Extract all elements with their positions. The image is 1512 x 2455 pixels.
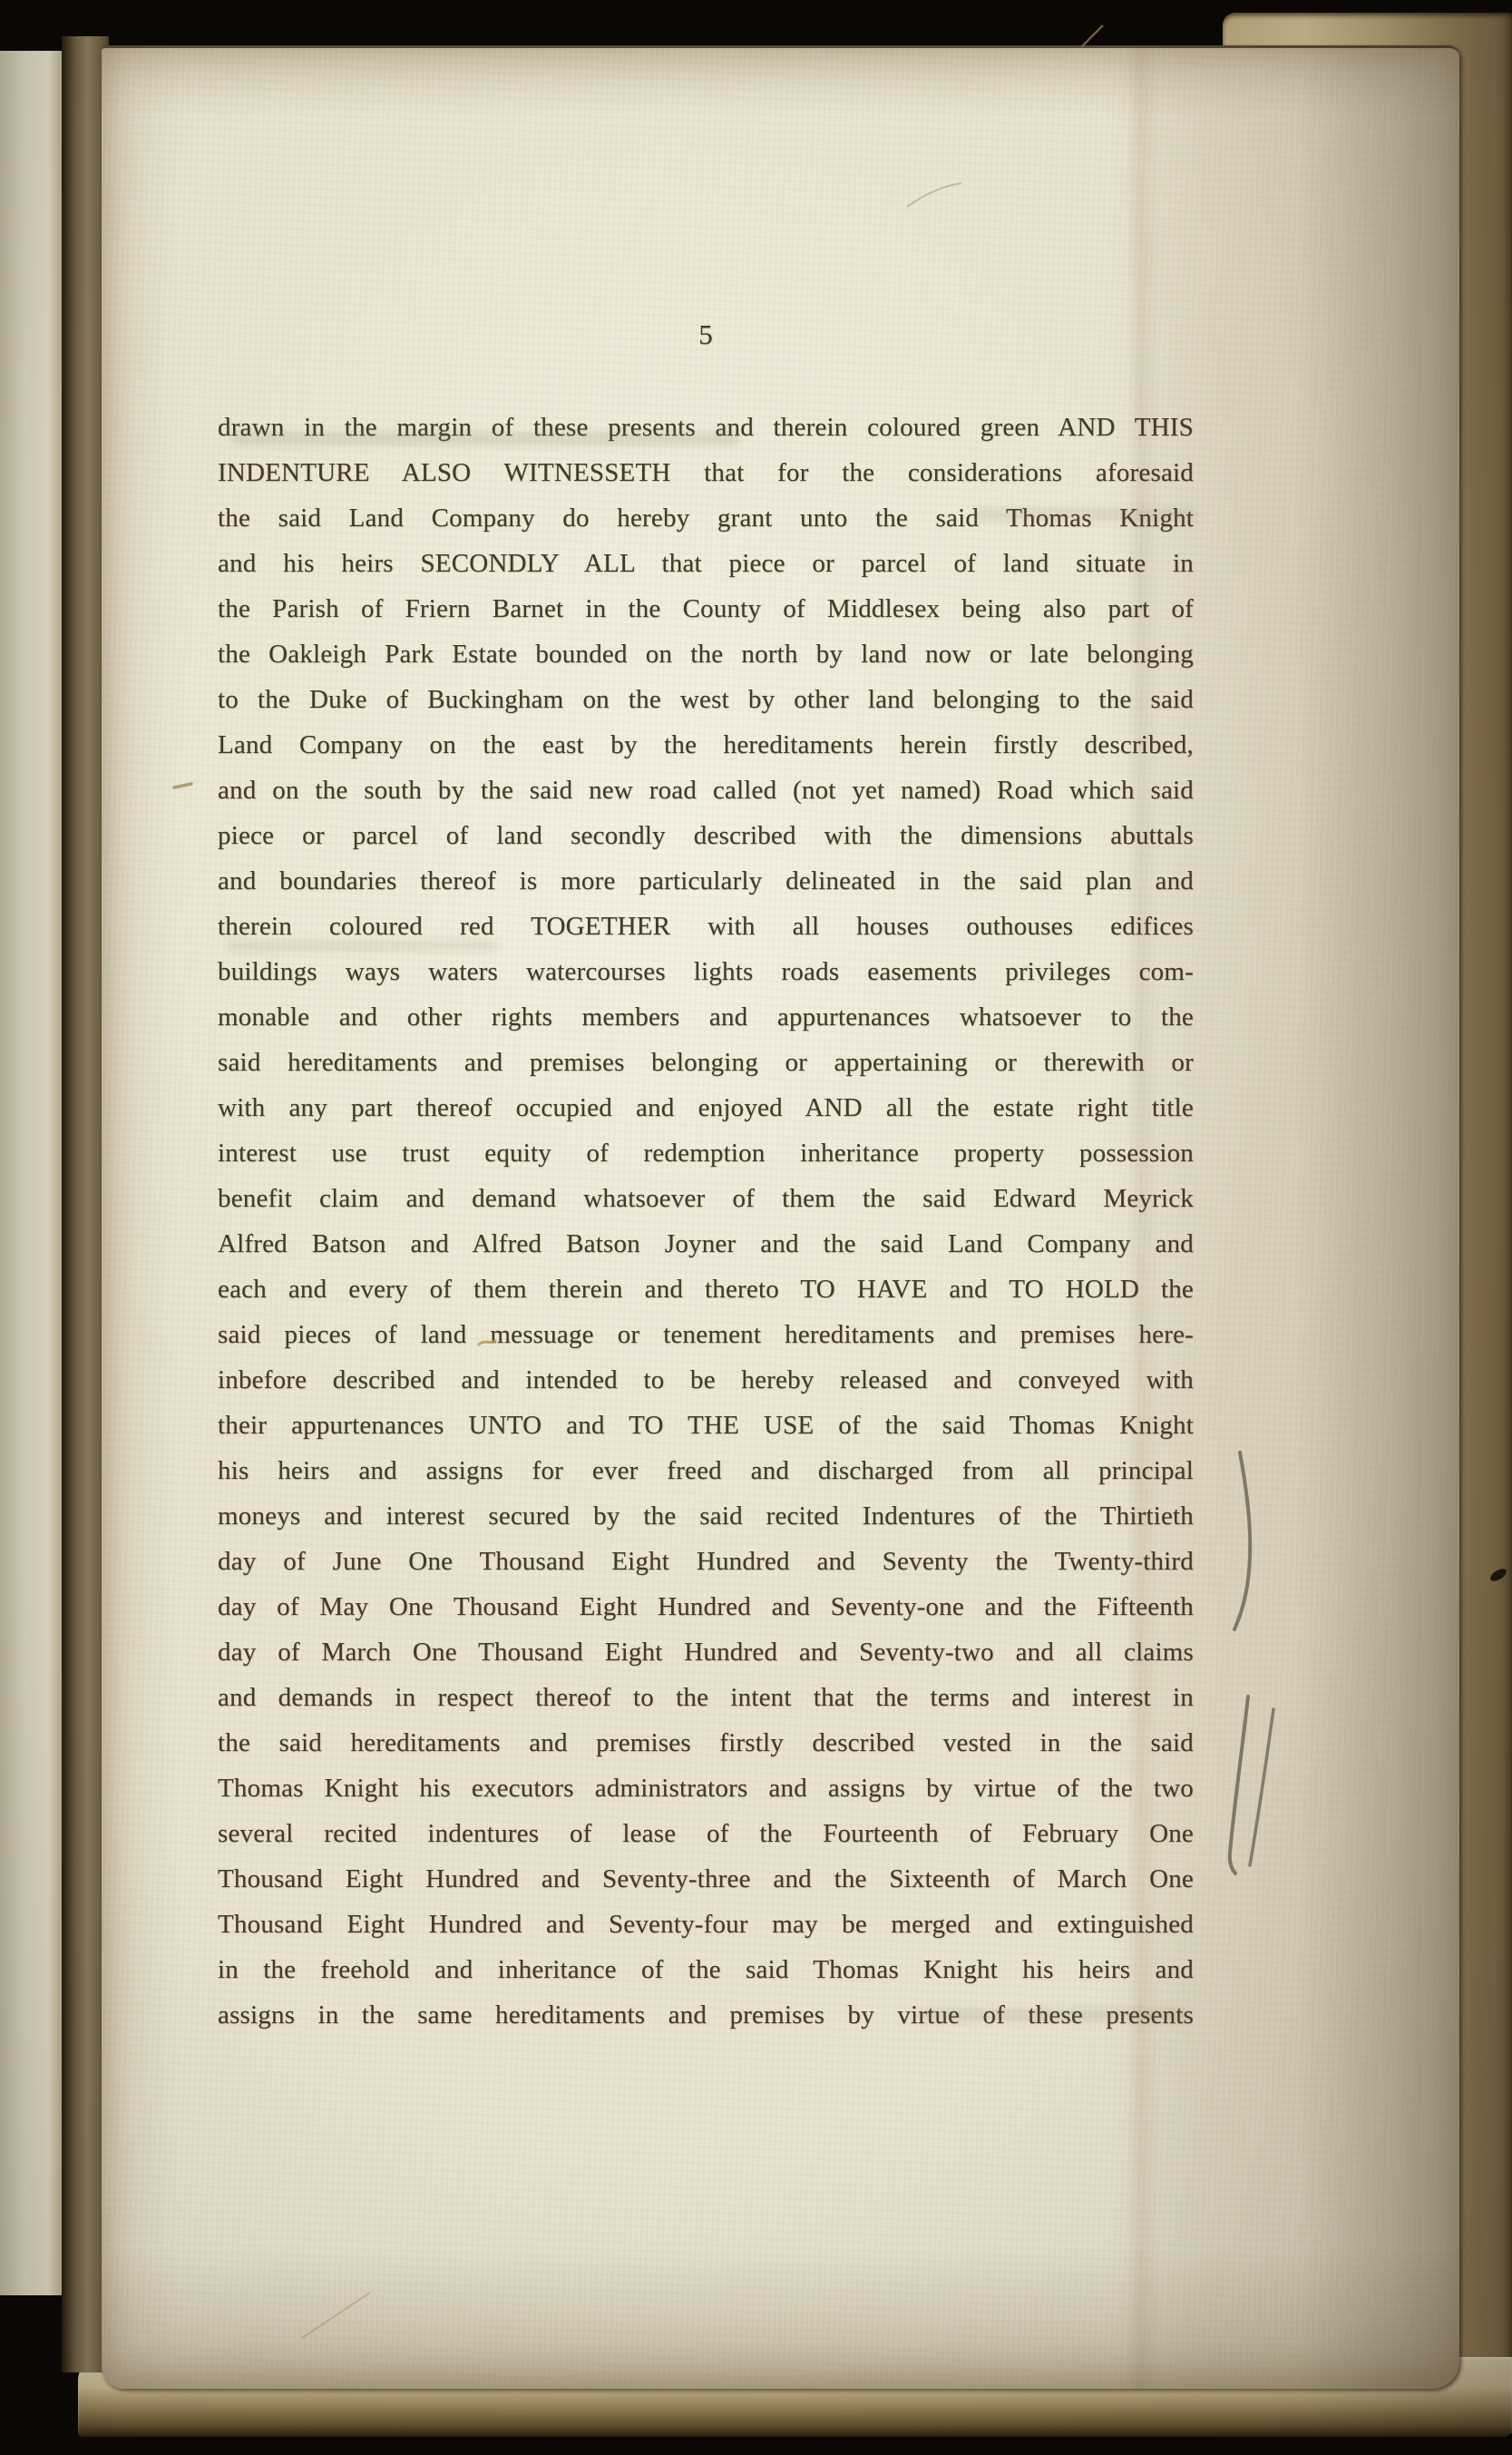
document-page: 5 drawn in the margin of these presents … [102,45,1459,2389]
text-line: Thomas Knight his executors administrato… [218,1765,1194,1811]
text-line: with any part thereof occupied and enjoy… [218,1085,1194,1130]
text-line: buildings ways waters watercourses light… [218,949,1194,994]
text-line: in the freehold and inheritance of the s… [218,1947,1194,1992]
text-line: several recited indentures of lease of t… [218,1811,1194,1856]
text-line: and boundaries thereof is more particula… [218,858,1194,904]
text-line: said hereditaments and premises belongin… [218,1040,1194,1085]
text-line: drawn in the margin of these presents an… [218,405,1194,450]
facing-page-edge [0,51,69,2295]
text-line: day of May One Thousand Eight Hundred an… [218,1584,1194,1629]
text-line: assigns in the same hereditaments and pr… [218,1992,1194,2038]
text-line: and his heirs SECONDLY ALL that piece or… [218,541,1194,586]
text-line: day of March One Thousand Eight Hundred … [218,1629,1194,1675]
text-line: day of June One Thousand Eight Hundred a… [218,1539,1194,1584]
text-line: the Parish of Friern Barnet in the Count… [218,586,1194,631]
text-line: benefit claim and demand whatsoever of t… [218,1176,1194,1221]
text-line: to the Duke of Buckingham on the west by… [218,677,1194,722]
text-line: INDENTURE ALSO WITNESSETH that for the c… [218,450,1194,495]
text-line: the said Land Company do hereby grant un… [218,495,1194,541]
text-line: Thousand Eight Hundred and Seventy-three… [218,1856,1194,1902]
text-line: piece or parcel of land secondly describ… [218,813,1194,858]
text-line: interest use trust equity of redemption … [218,1130,1194,1176]
text-line: their appurtenances UNTO and TO THE USE … [218,1403,1194,1448]
text-line: Thousand Eight Hundred and Seventy-four … [218,1902,1194,1947]
top-edge-scratch [1081,25,1103,47]
text-line: Land Company on the east by the heredita… [218,722,1194,768]
text-line: therein coloured red TOGETHER with all h… [218,904,1194,949]
text-line: monable and other rights members and app… [218,994,1194,1040]
book-scan-photo: 5 drawn in the margin of these presents … [0,0,1512,2455]
text-line: and demands in respect thereof to the in… [218,1675,1194,1720]
text-line: Alfred Batson and Alfred Batson Joyner a… [218,1221,1194,1267]
text-line: inbefore described and intended to be he… [218,1357,1194,1403]
text-line: said pieces of land messuage or tenement… [218,1312,1194,1357]
document-body-text: drawn in the margin of these presents an… [218,405,1194,2038]
text-line: his heirs and assigns for ever freed and… [218,1448,1194,1493]
text-line: moneys and interest secured by the said … [218,1493,1194,1539]
text-line: and on the south by the said new road ca… [218,768,1194,813]
text-line: the Oakleigh Park Estate bounded on the … [218,631,1194,677]
page-number: 5 [218,318,1194,351]
text-line: the said hereditaments and premises firs… [218,1720,1194,1765]
text-line: each and every of them therein and there… [218,1267,1194,1312]
